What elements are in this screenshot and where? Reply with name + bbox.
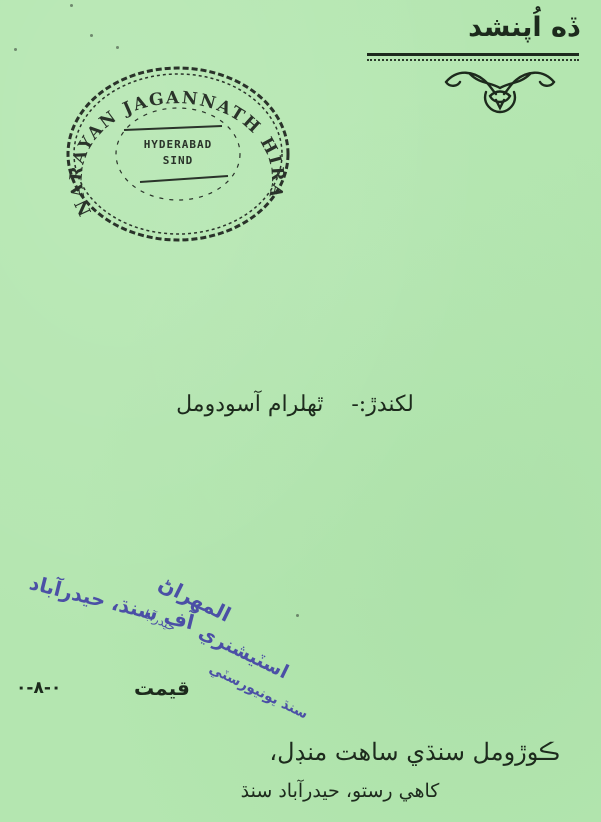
title-rule (367, 53, 579, 56)
book-cover-page: ڏه اُپنشد NARAYAN JAGANNATH HIRANAND ACA… (0, 0, 601, 822)
paper-speck (296, 614, 299, 617)
svg-text:NARAYAN JAGANNATH HIRANAND ACA: NARAYAN JAGANNATH HIRANAND ACADEMY (62, 62, 287, 219)
publisher-address: کاهي رستو، حيدرآباد سنڌ (140, 780, 540, 802)
paper-speck (116, 46, 119, 49)
book-title: ڏه اُپنشد (359, 12, 579, 43)
paper-speck (90, 34, 93, 37)
paper-speck (70, 4, 73, 7)
paper-speck (14, 48, 17, 51)
academy-round-stamp: NARAYAN JAGANNATH HIRANAND ACADEMY (62, 62, 294, 244)
price-value: ٠-٨-٠ (16, 678, 61, 698)
author-name: ٿهلرام آسودومل (176, 392, 323, 417)
floral-ornament-icon (440, 60, 560, 114)
author-label: لکندڙ:- (351, 392, 414, 417)
stamp-ring-text: NARAYAN JAGANNATH HIRANAND ACADEMY (62, 62, 287, 219)
publisher-name: ڪوڙومل سنڌي ساهت منڊل، (140, 738, 560, 766)
price-label: قيمت (134, 676, 190, 700)
author-line: لکندڙ:- ٿهلرام آسودومل (130, 392, 460, 417)
